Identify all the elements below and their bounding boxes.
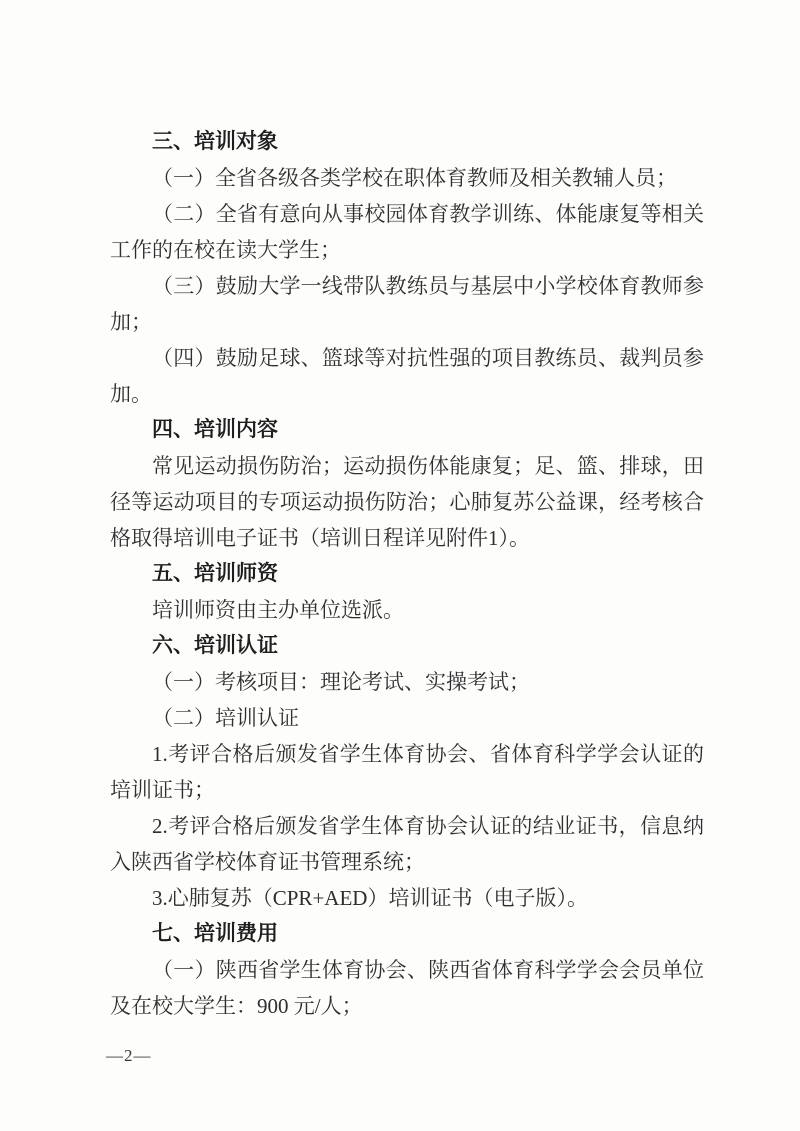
paragraph-line: 格取得培训电子证书（培训日程详见附件1）。 <box>110 520 704 556</box>
document-page: 三、培训对象 （一）全省各级各类学校在职体育教师及相关教辅人员； （二）全省有意… <box>0 0 800 1131</box>
paragraph-line: 径等运动项目的专项运动损伤防治；心肺复苏公益课，经考核合 <box>110 484 704 520</box>
paragraph-line: 常见运动损伤防治；运动损伤体能康复；足、篮、排球，田 <box>110 448 704 484</box>
paragraph-line: （四）鼓励足球、篮球等对抗性强的项目教练员、裁判员参 <box>110 340 704 376</box>
paragraph-line: 工作的在校在读大学生； <box>110 232 704 268</box>
heading-section-7-training-fees: 七、培训费用 <box>110 916 704 952</box>
paragraph-line: （二）全省有意向从事校园体育教学训练、体能康复等相关 <box>110 196 704 232</box>
page-number: —2— <box>106 1044 152 1068</box>
paragraph-line: （一）考核项目：理论考试、实操考试； <box>110 664 704 700</box>
paragraph-line: 加； <box>110 304 704 340</box>
numbered-item-line: 2.考评合格后颁发省学生体育协会认证的结业证书，信息纳 <box>110 808 704 844</box>
paragraph-line: （三）鼓励大学一线带队教练员与基层中小学校体育教师参 <box>110 268 704 304</box>
heading-section-3-training-targets: 三、培训对象 <box>110 124 704 160</box>
paragraph-line: 培训师资由主办单位选派。 <box>110 592 704 628</box>
paragraph-line: 培训证书； <box>110 772 704 808</box>
paragraph-line: （一）全省各级各类学校在职体育教师及相关教辅人员； <box>110 160 704 196</box>
paragraph-line: （一）陕西省学生体育协会、陕西省体育科学学会会员单位 <box>110 952 704 988</box>
paragraph-line: 加。 <box>110 376 704 412</box>
numbered-item-line: 1.考评合格后颁发省学生体育协会、省体育科学学会认证的 <box>110 736 704 772</box>
heading-section-5-training-faculty: 五、培训师资 <box>110 556 704 592</box>
paragraph-line: （二）培训认证 <box>110 700 704 736</box>
document-content: 三、培训对象 （一）全省各级各类学校在职体育教师及相关教辅人员； （二）全省有意… <box>110 124 704 1024</box>
numbered-item-line: 3.心肺复苏（CPR+AED）培训证书（电子版）。 <box>110 880 704 916</box>
paragraph-line: 及在校大学生：900 元/人； <box>110 988 704 1024</box>
paragraph-line: 入陕西省学校体育证书管理系统； <box>110 844 704 880</box>
heading-section-6-training-certification: 六、培训认证 <box>110 628 704 664</box>
heading-section-4-training-content: 四、培训内容 <box>110 412 704 448</box>
